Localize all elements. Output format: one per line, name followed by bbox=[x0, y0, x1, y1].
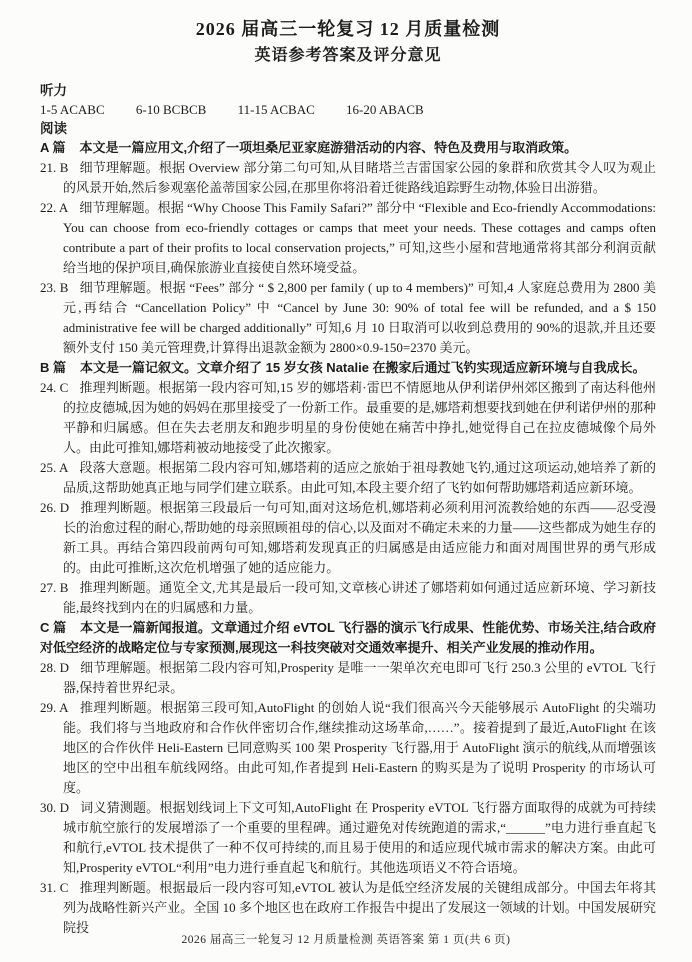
page-footer: 2026 届高三一轮复习 12 月质量检测 英语答案 第 1 页(共 6 页) bbox=[0, 932, 692, 948]
answer-item-24: 24. C推理判断题。根据第一段内容可知,15 岁的娜塔莉·雷巴不情愿地从伊利诺… bbox=[40, 378, 656, 458]
answer-group-1-5: 1-5 ACABC bbox=[40, 102, 105, 117]
answer-item-29: 29. A推理判断题。根据第三段可知,AutoFlight 的创始人说“我们很高… bbox=[40, 698, 656, 798]
item-29-explanation: 推理判断题。根据第三段可知,AutoFlight 的创始人说“我们很高兴今天能够… bbox=[63, 700, 656, 795]
doc-subtitle: 英语参考答案及评分意见 bbox=[40, 44, 656, 68]
item-27-number: 27. B bbox=[40, 580, 68, 595]
answer-item-23: 23. B细节理解题。根据 “Fees” 部分 “ $ 2,800 per fa… bbox=[40, 278, 656, 358]
passage-b-summary: B 篇本文是一篇记叙文。文章介绍了 15 岁女孩 Natalie 在搬家后通过飞… bbox=[40, 358, 656, 378]
reading-heading: 阅读 bbox=[40, 119, 656, 138]
item-23-explanation: 细节理解题。根据 “Fees” 部分 “ $ 2,800 per family … bbox=[63, 280, 656, 355]
item-26-explanation: 推理判断题。根据第三段最后一句可知,面对这场危机,娜塔莉必须利用河流教给她的东西… bbox=[63, 500, 656, 575]
passage-b-text: 本文是一篇记叙文。文章介绍了 15 岁女孩 Natalie 在搬家后通过飞钓实现… bbox=[80, 360, 646, 375]
item-22-number: 22. A bbox=[40, 200, 68, 215]
passage-c-summary: C 篇本文是一篇新闻报道。文章通过介绍 eVTOL 飞行器的演示飞行成果、性能优… bbox=[40, 618, 656, 658]
answer-item-21: 21. B细节理解题。根据 Overview 部分第二句可知,从目睹塔兰吉雷国家… bbox=[40, 158, 656, 198]
answer-item-25: 25. A段落大意题。根据第二段内容可知,娜塔莉的适应之旅始于祖母教她飞钓,通过… bbox=[40, 458, 656, 498]
answer-item-22: 22. A细节理解题。根据 “Why Choose This Family Sa… bbox=[40, 198, 656, 278]
doc-title: 2026 届高三一轮复习 12 月质量检测 bbox=[40, 16, 656, 42]
passage-c-text: 本文是一篇新闻报道。文章通过介绍 eVTOL 飞行器的演示飞行成果、性能优势、市… bbox=[40, 620, 656, 655]
item-23-number: 23. B bbox=[40, 280, 68, 295]
item-27-explanation: 推理判断题。通览全文,尤其是最后一段可知,文章核心讲述了娜塔莉如何通过适应新环境… bbox=[63, 580, 656, 615]
item-24-explanation: 推理判断题。根据第一段内容可知,15 岁的娜塔莉·雷巴不情愿地从伊利诺伊州郊区搬… bbox=[63, 380, 656, 455]
item-31-explanation: 推理判断题。根据最后一段内容可知,eVTOL 被认为是低空经济发展的关键组成部分… bbox=[63, 880, 656, 935]
item-25-explanation: 段落大意题。根据第二段内容可知,娜塔莉的适应之旅始于祖母教她飞钓,通过这项运动,… bbox=[63, 460, 656, 495]
item-22-explanation: 细节理解题。根据 “Why Choose This Family Safari?… bbox=[63, 200, 656, 275]
item-28-explanation: 细节理解题。根据第二段内容可知,Prosperity 是唯一一架单次充电即可飞行… bbox=[63, 660, 656, 695]
passage-a-summary: A 篇本文是一篇应用文,介绍了一项坦桑尼亚家庭游猎活动的内容、特色及费用与取消政… bbox=[40, 138, 656, 158]
item-26-number: 26. D bbox=[40, 500, 69, 515]
passage-a-text: 本文是一篇应用文,介绍了一项坦桑尼亚家庭游猎活动的内容、特色及费用与取消政策。 bbox=[80, 140, 578, 155]
answer-group-11-15: 11-15 ACBAC bbox=[238, 102, 315, 117]
answer-item-26: 26. D推理判断题。根据第三段最后一句可知,面对这场危机,娜塔莉必须利用河流教… bbox=[40, 498, 656, 578]
answer-sheet-page: 2026 届高三一轮复习 12 月质量检测 英语参考答案及评分意见 听力 1-5… bbox=[0, 0, 692, 962]
item-29-number: 29. A bbox=[40, 700, 69, 715]
listening-answer-key: 1-5 ACABC 6-10 BCBCB 11-15 ACBAC 16-20 A… bbox=[40, 100, 656, 119]
answer-item-30: 30. D词义猜测题。根据划线词上下文可知,AutoFlight 在 Prosp… bbox=[40, 798, 656, 878]
answer-group-16-20: 16-20 ABACB bbox=[346, 102, 424, 117]
passage-b-label: B 篇 bbox=[40, 360, 66, 375]
item-28-number: 28. D bbox=[40, 660, 69, 675]
answer-group-6-10: 6-10 BCBCB bbox=[136, 102, 206, 117]
answer-item-31: 31. C推理判断题。根据最后一段内容可知,eVTOL 被认为是低空经济发展的关… bbox=[40, 878, 656, 938]
passage-c-label: C 篇 bbox=[40, 620, 66, 635]
listening-heading: 听力 bbox=[40, 81, 656, 100]
item-30-explanation: 词义猜测题。根据划线词上下文可知,AutoFlight 在 Prosperity… bbox=[63, 800, 656, 875]
item-25-number: 25. A bbox=[40, 460, 68, 475]
passage-a-label: A 篇 bbox=[40, 140, 66, 155]
answer-item-27: 27. B推理判断题。通览全文,尤其是最后一段可知,文章核心讲述了娜塔莉如何通过… bbox=[40, 578, 656, 618]
item-21-number: 21. B bbox=[40, 160, 68, 175]
item-31-number: 31. C bbox=[40, 880, 68, 895]
item-30-number: 30. D bbox=[40, 800, 69, 815]
answer-item-28: 28. D细节理解题。根据第二段内容可知,Prosperity 是唯一一架单次充… bbox=[40, 658, 656, 698]
item-24-number: 24. C bbox=[40, 380, 68, 395]
item-21-explanation: 细节理解题。根据 Overview 部分第二句可知,从目睹塔兰吉雷国家公园的象群… bbox=[63, 160, 656, 195]
